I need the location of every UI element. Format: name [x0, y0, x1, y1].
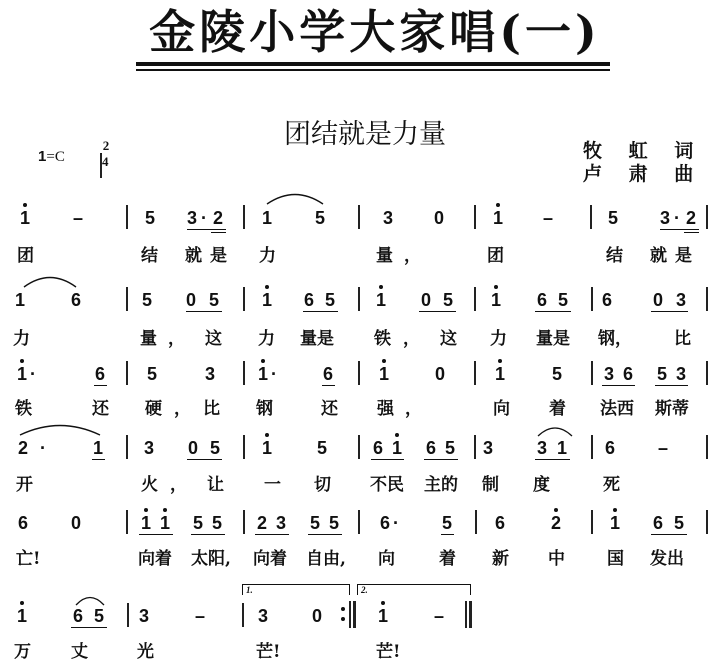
lyric: 度	[533, 475, 550, 495]
note-sustain: –	[541, 208, 555, 228]
lyric: 不民	[370, 475, 404, 495]
volta-bracket-1: 1.	[242, 584, 350, 595]
note-dot: ·	[197, 208, 211, 228]
underline	[191, 534, 225, 535]
underline	[187, 459, 222, 460]
key-equals: =	[46, 149, 54, 165]
note: 6	[69, 290, 83, 310]
composer-credit: 卢 肃 曲	[583, 163, 703, 185]
note: 3	[274, 513, 288, 533]
lyric: 量是	[536, 329, 570, 349]
note-dot: ·	[389, 513, 403, 533]
note: 6	[321, 364, 335, 384]
time-denominator: 4	[100, 153, 102, 178]
underline	[602, 385, 635, 386]
note: 5	[327, 513, 341, 533]
lyric: 法西	[600, 399, 634, 419]
title-rule-thick	[136, 62, 610, 66]
underline	[371, 459, 404, 460]
note: 2	[684, 208, 698, 228]
barline	[706, 287, 708, 311]
note: 1	[377, 364, 391, 384]
barline	[591, 510, 593, 534]
underline	[651, 534, 687, 535]
barline	[243, 435, 245, 459]
lyric: 向	[493, 399, 510, 419]
note: 1	[18, 208, 32, 228]
underline	[92, 459, 105, 460]
note: 2	[16, 438, 30, 458]
underline	[322, 385, 335, 386]
underline	[655, 385, 688, 386]
lyric: 中	[548, 549, 565, 569]
note: 6	[302, 290, 316, 310]
final-barline-thick	[469, 601, 472, 628]
note: 1	[15, 606, 29, 626]
slur	[18, 422, 102, 436]
note: 6	[603, 438, 617, 458]
time-signature: 2 4	[100, 138, 112, 153]
note: 1	[493, 364, 507, 384]
note: 1	[158, 513, 172, 533]
note: 5	[140, 290, 154, 310]
lyric: 火	[141, 475, 158, 495]
lyric: 比	[674, 329, 691, 349]
note: 1	[555, 438, 569, 458]
note: 1	[139, 513, 153, 533]
lyric: 太阳,	[191, 549, 231, 569]
underline	[303, 311, 338, 312]
barline	[591, 287, 593, 311]
note: 5	[672, 513, 686, 533]
lyric: 向	[378, 549, 395, 569]
lyric: 量	[140, 329, 157, 349]
lyric: 铁	[15, 399, 32, 419]
barline	[358, 435, 360, 459]
note: 3	[535, 438, 549, 458]
lyric: 着	[439, 549, 456, 569]
lyric: 国	[607, 549, 624, 569]
lyric: 发出	[650, 549, 684, 569]
repeat-dot	[341, 617, 345, 621]
barline	[243, 510, 245, 534]
time-numerator: 2	[100, 138, 112, 153]
lyric: 比	[203, 399, 220, 419]
note: 3	[256, 606, 270, 626]
lyric: 新	[492, 549, 509, 569]
barline	[591, 435, 593, 459]
barline	[126, 287, 128, 311]
lyric-punct: ，	[170, 475, 187, 495]
lyric: 斯蒂	[655, 399, 689, 419]
note: 5	[443, 438, 457, 458]
underline	[419, 311, 456, 312]
lyric: 强	[377, 399, 394, 419]
repeat-barline-thick	[353, 601, 356, 628]
note: 5	[308, 513, 322, 533]
note-rest: 0	[69, 513, 83, 533]
underline	[660, 229, 699, 230]
lyric: 力	[13, 329, 30, 349]
note: 1	[374, 290, 388, 310]
lyric: 力	[490, 329, 507, 349]
note: 5	[556, 290, 570, 310]
title-rule-thin	[136, 69, 610, 71]
underline	[187, 229, 226, 230]
note: 5	[655, 364, 669, 384]
barline	[590, 205, 592, 229]
note: 3	[381, 208, 395, 228]
underline	[94, 385, 107, 386]
note: 5	[208, 438, 222, 458]
note: 6	[71, 606, 85, 626]
lyric: 量	[376, 246, 393, 266]
barline	[475, 510, 477, 534]
note-dot: ·	[26, 364, 40, 384]
lyric: 还	[92, 399, 109, 419]
lyric: 力	[259, 246, 276, 266]
underline	[139, 534, 173, 535]
lyric: 自由,	[306, 549, 346, 569]
note: 6	[600, 290, 614, 310]
barline	[126, 435, 128, 459]
lyric: 一	[264, 475, 281, 495]
note-rest: 0	[186, 438, 200, 458]
note: 5	[145, 364, 159, 384]
barline	[358, 510, 360, 534]
note: 3	[602, 364, 616, 384]
barline	[358, 287, 360, 311]
note: 6	[93, 364, 107, 384]
note: 1	[13, 290, 27, 310]
slur	[265, 191, 325, 205]
note: 6	[16, 513, 30, 533]
note: 3	[674, 364, 688, 384]
note: 5	[143, 208, 157, 228]
barline	[243, 205, 245, 229]
barline	[474, 435, 476, 459]
barline	[126, 205, 128, 229]
lyric: 着	[549, 399, 566, 419]
repeat-dot	[341, 607, 345, 611]
note: 6	[651, 513, 665, 533]
note: 5	[207, 290, 221, 310]
note: 1	[91, 438, 105, 458]
note: 3	[137, 606, 151, 626]
lyric: 这	[205, 329, 222, 349]
lyric-punct: ，	[405, 399, 422, 419]
underline	[424, 459, 458, 460]
barline	[242, 603, 244, 627]
slur	[22, 274, 78, 288]
lyric: 制	[482, 475, 499, 495]
note: 6	[424, 438, 438, 458]
lyric: 就	[185, 246, 202, 266]
note: 5	[441, 290, 455, 310]
note-sustain: –	[432, 606, 446, 626]
lyric-punct: ，	[168, 329, 185, 349]
lyric: 向着	[138, 549, 172, 569]
note: 6	[371, 438, 385, 458]
note: 1	[376, 606, 390, 626]
lyric: 主的	[424, 475, 458, 495]
note-sustain: –	[656, 438, 670, 458]
lyric: 团	[17, 246, 34, 266]
lyric: 硬	[145, 399, 162, 419]
note: 1	[260, 208, 274, 228]
barline	[706, 510, 708, 534]
note: 3	[674, 290, 688, 310]
lyric: 亡!	[16, 549, 40, 569]
lyric: 还	[321, 399, 338, 419]
lyric: 芒!	[256, 642, 280, 662]
note: 3	[481, 438, 495, 458]
note-sustain: –	[71, 208, 85, 228]
note-dot: ·	[267, 364, 281, 384]
note: 1	[489, 290, 503, 310]
lyric: 是	[675, 246, 692, 266]
note: 1	[491, 208, 505, 228]
note: 5	[440, 513, 454, 533]
lyric: 芒!	[376, 642, 400, 662]
note-rest: 0	[419, 290, 433, 310]
note-rest: 0	[433, 364, 447, 384]
note: 5	[606, 208, 620, 228]
note: 5	[315, 438, 329, 458]
note-rest: 0	[184, 290, 198, 310]
final-barline	[465, 601, 467, 628]
note-rest: 0	[432, 208, 446, 228]
note: 6	[535, 290, 549, 310]
lyric: 钢	[256, 399, 273, 419]
note: 1	[260, 438, 274, 458]
note: 2	[255, 513, 269, 533]
barline	[706, 205, 708, 229]
note: 1	[390, 438, 404, 458]
lyric: 向着	[253, 549, 287, 569]
note-rest: 0	[310, 606, 324, 626]
note: 5	[550, 364, 564, 384]
barline	[243, 361, 245, 385]
note: 5	[323, 290, 337, 310]
barline	[591, 361, 593, 385]
lyricist-credit: 牧 虹 词	[583, 140, 703, 162]
note: 2	[211, 208, 225, 228]
lyric: 是	[210, 246, 227, 266]
lyric: 切	[314, 475, 331, 495]
note: 1	[608, 513, 622, 533]
barline	[474, 205, 476, 229]
underline	[684, 232, 699, 233]
barline	[243, 287, 245, 311]
note: 5	[191, 513, 205, 533]
lyric-punct: ，	[174, 399, 191, 419]
slur	[536, 425, 574, 437]
underline	[71, 627, 107, 628]
lyric: 铁	[374, 329, 391, 349]
note: 5	[92, 606, 106, 626]
underline	[651, 311, 688, 312]
key-name: C	[55, 149, 65, 165]
lyric: 万	[14, 642, 31, 662]
note-dot: ·	[670, 208, 684, 228]
lyric: 量是	[300, 329, 334, 349]
underline	[308, 534, 342, 535]
key-signature: 1=C	[38, 148, 65, 166]
lyric: 就	[650, 246, 667, 266]
barline	[127, 603, 129, 627]
lyric: 光	[137, 642, 154, 662]
barline	[706, 435, 708, 459]
lyric: 死	[603, 475, 620, 495]
note: 6	[621, 364, 635, 384]
lyric: 让	[207, 475, 224, 495]
note-rest: 0	[651, 290, 665, 310]
book-title: 金陵小学大家唱(一)	[140, 2, 610, 62]
note: 5	[313, 208, 327, 228]
barline	[358, 361, 360, 385]
volta-bracket-2: 2.	[357, 584, 471, 595]
repeat-barline	[349, 601, 351, 628]
note: 5	[210, 513, 224, 533]
barline	[358, 205, 360, 229]
note: 6	[493, 513, 507, 533]
note: 2	[549, 513, 563, 533]
barline	[126, 361, 128, 385]
note-sustain: –	[193, 606, 207, 626]
barline	[126, 510, 128, 534]
note: 3	[203, 364, 217, 384]
underline	[535, 311, 571, 312]
underline	[441, 534, 454, 535]
note: 3	[142, 438, 156, 458]
lyric: 力	[258, 329, 275, 349]
lyric-punct: ，	[403, 329, 420, 349]
lyric: 团	[487, 246, 504, 266]
underline	[255, 534, 289, 535]
underline	[211, 232, 226, 233]
underline	[535, 459, 570, 460]
lyric: 开	[16, 475, 33, 495]
underline	[186, 311, 222, 312]
lyric: 丈	[71, 642, 88, 662]
lyric: 结	[606, 246, 623, 266]
lyric: 结	[141, 246, 158, 266]
lyric: 钢，	[598, 329, 632, 349]
barline	[706, 361, 708, 385]
slur	[74, 594, 106, 606]
lyric: 这	[440, 329, 457, 349]
note: 1	[260, 290, 274, 310]
barline	[474, 361, 476, 385]
song-title: 团结就是力量	[250, 112, 480, 151]
lyric-punct: ，	[404, 246, 421, 266]
barline	[474, 287, 476, 311]
note-dot: ·	[36, 438, 50, 458]
